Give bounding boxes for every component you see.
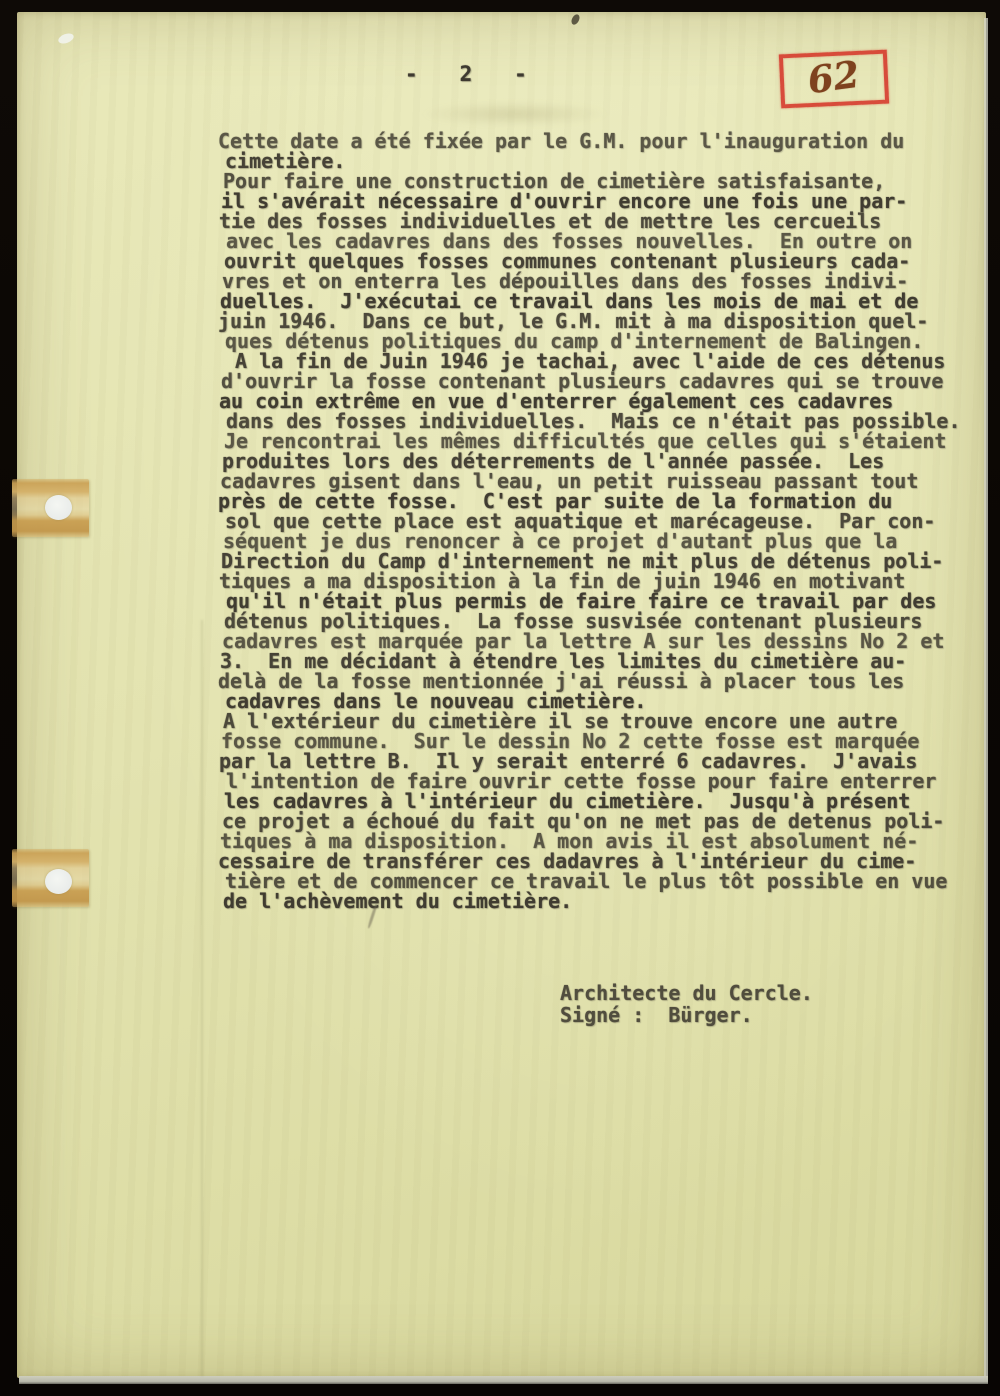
scanned-document: - 2 - 62 Cette date a été fixée par le G… bbox=[0, 0, 1000, 1396]
text-line: cadavres dans le nouveau cimetière. bbox=[225, 691, 960, 711]
text-line: dans des fosses individuelles. Mais ce n… bbox=[226, 411, 961, 431]
text-line: A l'extérieur du cimetière il se trouve … bbox=[223, 711, 958, 731]
text-line: qu'il n'était plus permis de faire faire… bbox=[226, 591, 961, 611]
text-line: produites lors des déterrements de l'ann… bbox=[222, 451, 957, 471]
stamp-number: 62 bbox=[805, 52, 862, 102]
text-line: tiques à ma disposition. A mon avis il e… bbox=[220, 831, 955, 851]
text-line: cadavres gisent dans l'eau, un petit rui… bbox=[220, 471, 955, 491]
signature-title: Architecte du Cercle. bbox=[560, 982, 813, 1004]
text-line: ques détenus politiques du camp d'intern… bbox=[225, 331, 960, 351]
text-line: A la fin de Juin 1946 je tachai, avec l'… bbox=[223, 351, 958, 371]
page-edge-right bbox=[984, 18, 988, 1380]
signature-name: Signé : Bürger. bbox=[560, 1004, 813, 1026]
text-line: ce projet a échoué du fait qu'on ne met … bbox=[222, 811, 957, 831]
archive-stamp: 62 bbox=[779, 50, 889, 109]
text-line: il s'avérait nécessaire d'ouvrir encore … bbox=[221, 191, 956, 211]
text-line: l'intention de faire ouvrir cette fosse … bbox=[226, 771, 961, 791]
text-line: duelles. J'exécutai ce travail dans les … bbox=[220, 291, 955, 311]
text-line: Pour faire une construction de cimetière… bbox=[223, 171, 958, 191]
text-line: juin 1946. Dans ce but, le G.M. mit à ma… bbox=[218, 311, 953, 331]
text-line: avec les cadavres dans des fosses nouvel… bbox=[226, 231, 961, 251]
text-line: les cadavres à l'intérieur du cimetière.… bbox=[224, 791, 959, 811]
text-line: tie des fosses individuelles et de mettr… bbox=[219, 211, 954, 231]
text-line: tiques a ma disposition à la fin de juin… bbox=[219, 571, 954, 591]
text-line: vres et on enterra les dépouilles dans d… bbox=[222, 271, 957, 291]
tape-punch-hole-top bbox=[12, 479, 89, 537]
text-line: détenus politiques. La fosse susvisée co… bbox=[224, 611, 959, 631]
text-line: de l'achèvement du cimetière. bbox=[223, 891, 958, 911]
tape-punch-hole-bottom bbox=[12, 849, 89, 907]
page-number: - 2 - bbox=[405, 62, 528, 86]
text-line: cadavres est marquée par la lettre A sur… bbox=[222, 631, 957, 651]
text-line: ouvrit quelques fosses communes contenan… bbox=[224, 251, 959, 271]
signature-block: Architecte du Cercle. Signé : Bürger. bbox=[560, 982, 813, 1026]
page-edge-bottom bbox=[19, 1376, 988, 1384]
document-body: Cette date a été fixée par le G.M. pour … bbox=[222, 131, 957, 911]
text-line: Direction du Camp d'internement ne mit p… bbox=[221, 551, 956, 571]
text-line: d'ouvrir la fosse contenant plusieurs ca… bbox=[221, 371, 956, 391]
text-line: séquent je dus renoncer à ce projet d'au… bbox=[223, 531, 958, 551]
text-line: cessaire de transférer ces dadavres à l'… bbox=[218, 851, 953, 871]
text-line: 3. En me décidant à étendre les limites … bbox=[220, 651, 955, 671]
text-line: Cette date a été fixée par le G.M. pour … bbox=[218, 131, 953, 151]
ink-smudge bbox=[420, 102, 610, 126]
fold-crease bbox=[201, 620, 203, 1376]
text-line: cimetière. bbox=[225, 151, 960, 171]
text-line: Je rencontrai les mêmes difficultés que … bbox=[224, 431, 959, 451]
text-line: près de cette fosse. C'est par suite de … bbox=[218, 491, 953, 511]
text-line: fosse commune. Sur le dessin No 2 cette … bbox=[221, 731, 956, 751]
text-line: delà de la fosse mentionnée j'ai réussi … bbox=[218, 671, 953, 691]
text-line: tière et de commencer ce travail le plus… bbox=[225, 871, 960, 891]
text-line: au coin extrême en vue d'enterrer égalem… bbox=[219, 391, 954, 411]
punch-hole-icon bbox=[45, 495, 72, 520]
punch-hole-icon bbox=[45, 869, 72, 894]
text-line: par la lettre B. Il y serait enterré 6 c… bbox=[219, 751, 954, 771]
text-line: sol que cette place est aquatique et mar… bbox=[225, 511, 960, 531]
